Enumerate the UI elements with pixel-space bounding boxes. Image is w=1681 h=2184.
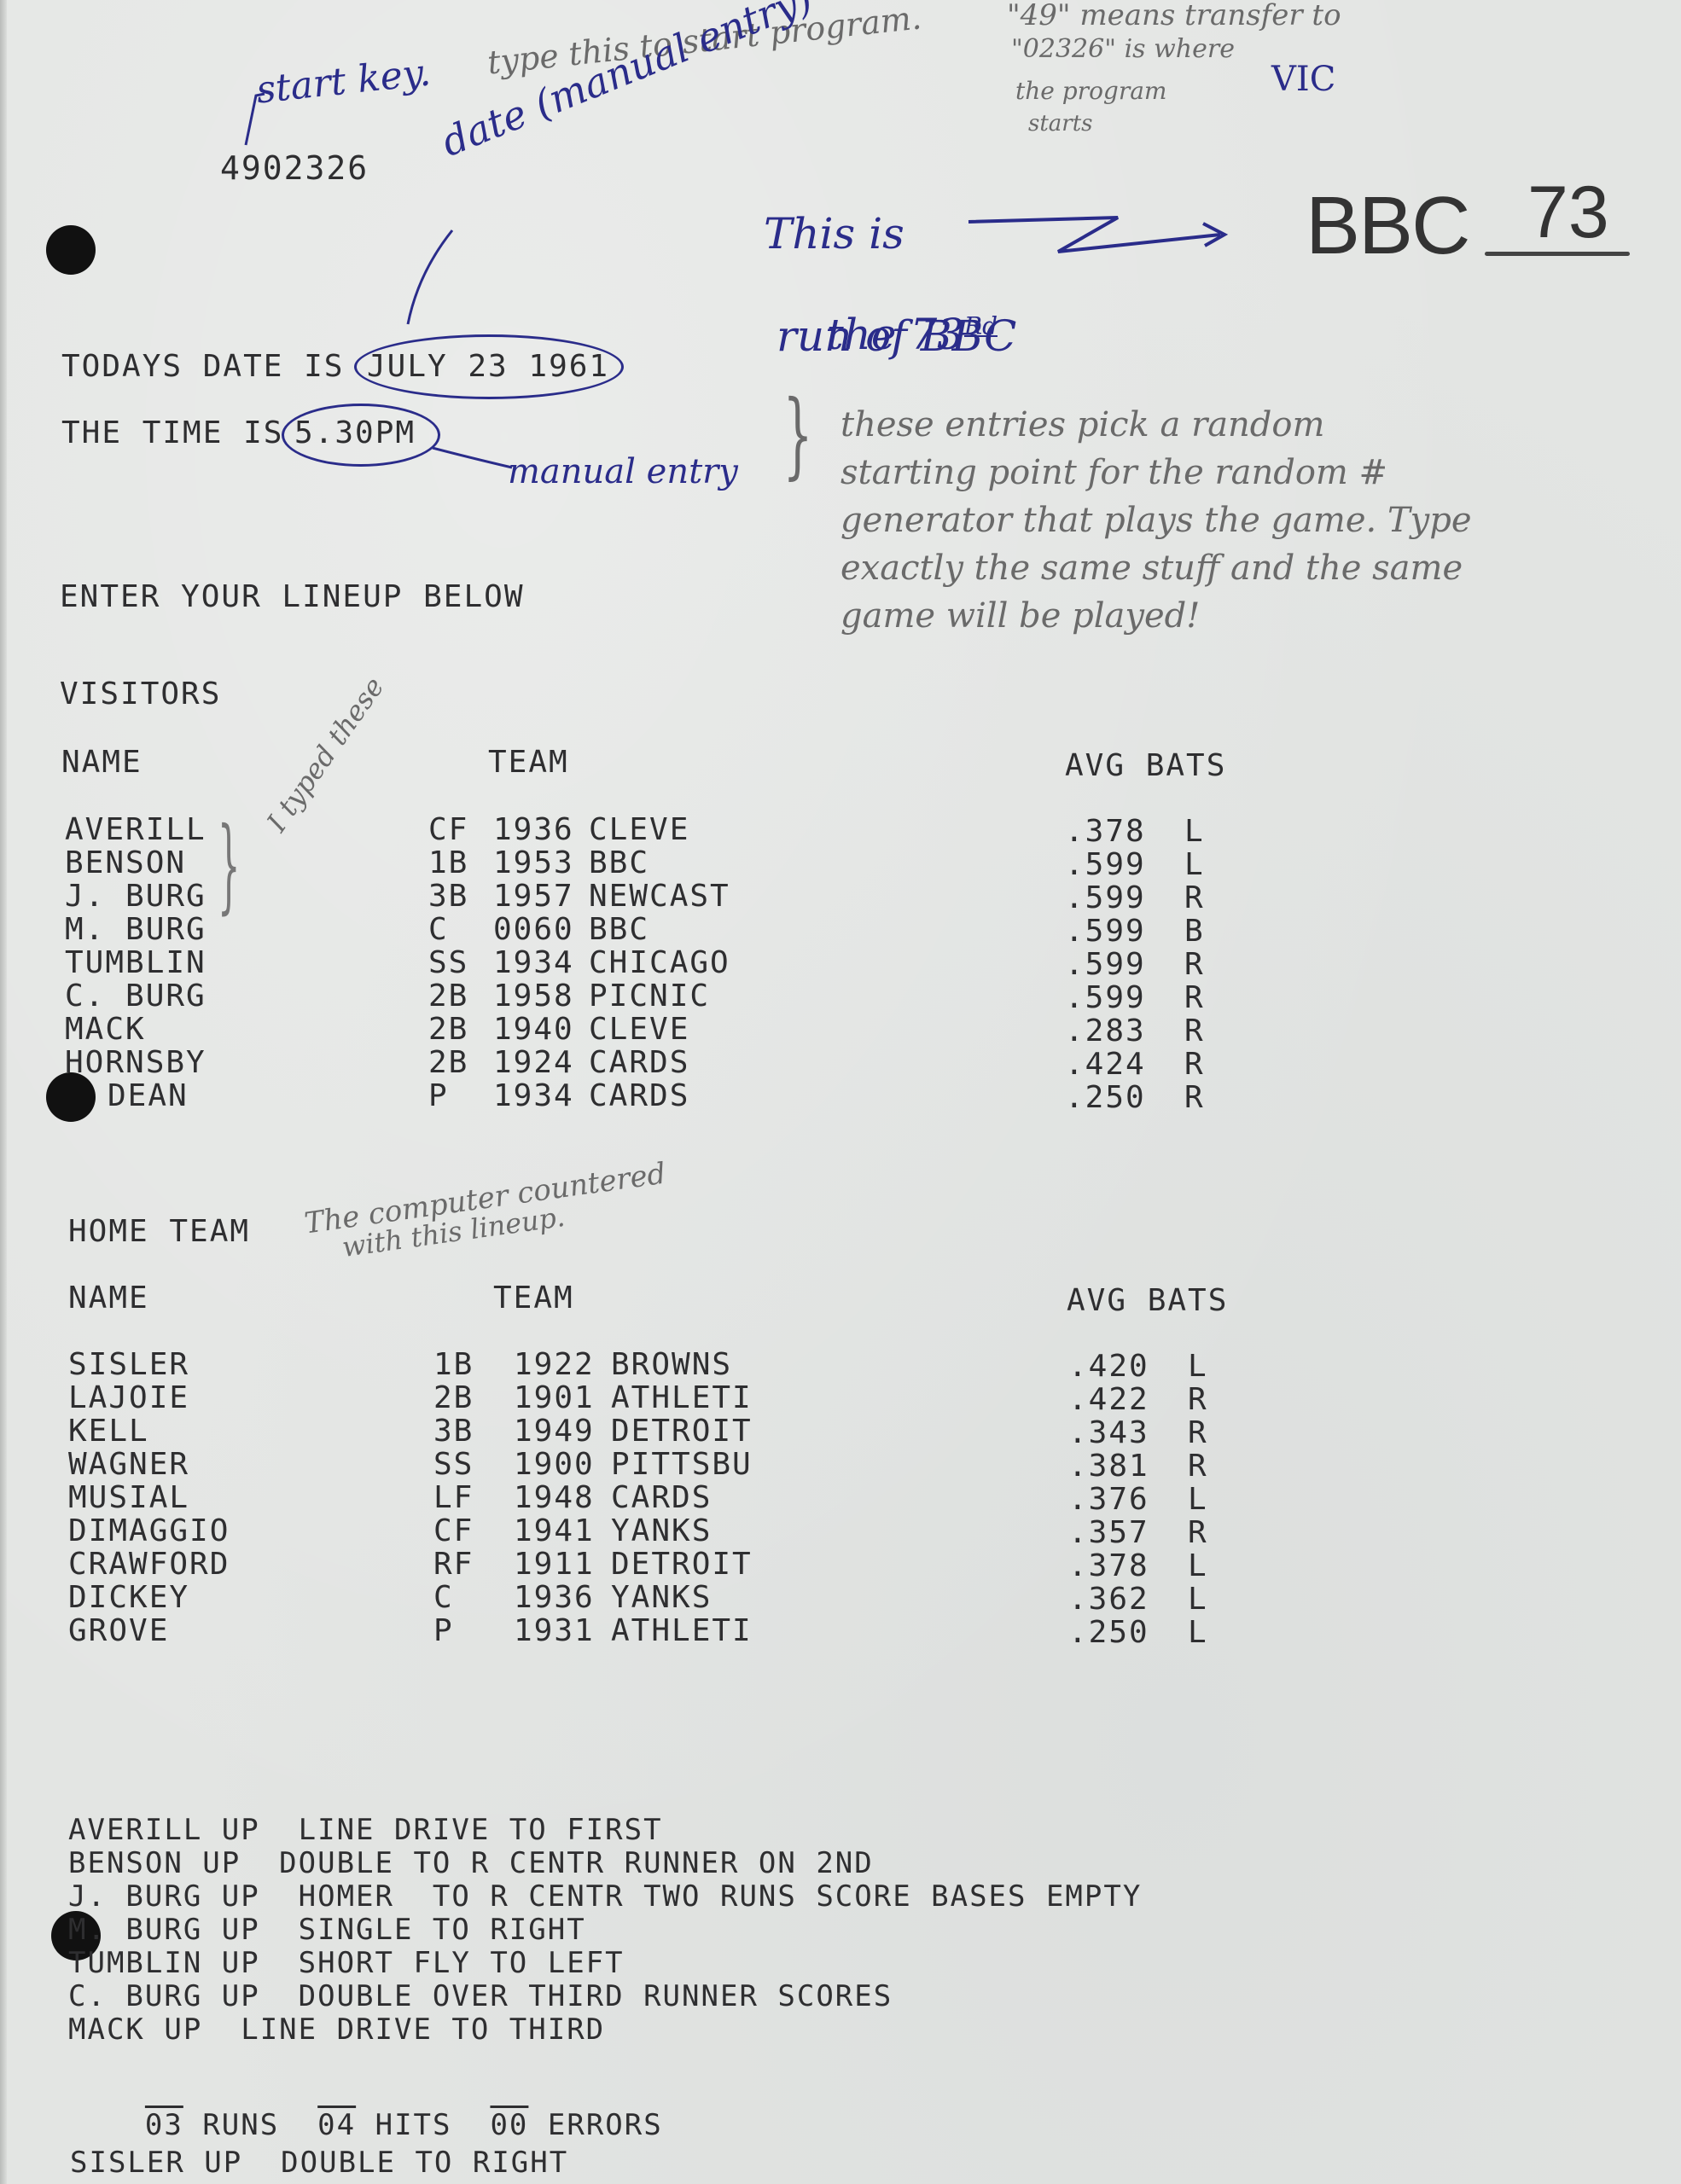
random-note-line: these entries pick a random: [840, 401, 1472, 449]
home-year: 1901: [514, 1381, 595, 1414]
bottom-play-line: SISLER UP DOUBLE TO RIGHT: [70, 2148, 568, 2177]
visitor-bats: L: [1184, 815, 1205, 848]
visitor-avg: .599: [1065, 915, 1146, 948]
play-line: M. BURG UP SINGLE TO RIGHT: [68, 1914, 1142, 1947]
play-by-play: AVERILL UP LINE DRIVE TO FIRST BENSON UP…: [68, 1814, 1142, 2047]
home-avg: .378: [1068, 1549, 1149, 1583]
hits-label: HITS: [375, 2108, 452, 2142]
visitor-bats: B: [1184, 915, 1205, 948]
play-line: BENSON UP DOUBLE TO R CENTR RUNNER ON 2N…: [68, 1847, 1142, 1880]
home-bats-value: R: [1188, 1383, 1208, 1416]
time-circle: [282, 404, 440, 467]
visitors-positions: CF 1B 3B C SS 2B 2B 2B P: [428, 813, 468, 1112]
home-team: BROWNS: [611, 1348, 753, 1381]
home-year: 1911: [514, 1548, 595, 1581]
home-year: 1941: [514, 1514, 595, 1548]
home-team: YANKS: [611, 1581, 753, 1614]
visitors-header-avg-bats: AVG BATS: [1065, 751, 1226, 781]
home-title: HOME TEAM: [68, 1217, 250, 1247]
home-year: 1948: [514, 1481, 595, 1514]
home-pos: P: [433, 1614, 474, 1647]
visitor-name: MACK: [65, 1013, 206, 1046]
visitor-year: 1924: [493, 1046, 574, 1079]
home-pos: LF: [433, 1481, 474, 1514]
home-pos: SS: [433, 1448, 474, 1481]
annotation-run-3: run of BBC: [777, 311, 1016, 361]
time-pointer-icon: [431, 444, 516, 478]
home-bats-value: L: [1188, 1549, 1208, 1583]
pointer-line-icon: [239, 85, 273, 154]
home-teams: BROWNS ATHLETI DETROIT PITTSBU CARDS YAN…: [611, 1348, 753, 1647]
visitor-team: CARDS: [589, 1079, 730, 1112]
home-pos: 1B: [433, 1348, 474, 1381]
play-line: TUMBLIN UP SHORT FLY TO LEFT: [68, 1947, 1142, 1980]
start-key-code: 4902326: [220, 152, 369, 184]
home-bats-value: L: [1188, 1583, 1208, 1616]
play-line: MACK UP LINE DRIVE TO THIRD: [68, 2013, 1142, 2047]
home-bats-value: L: [1188, 1350, 1208, 1383]
printout-page: 4902326 start key. type this to start pr…: [0, 0, 1681, 2184]
visitor-team: NEWCAST: [589, 880, 730, 913]
visitor-pos: CF: [428, 813, 468, 846]
home-years: 1922 1901 1949 1900 1948 1941 1911 1936 …: [514, 1348, 595, 1647]
home-team: YANKS: [611, 1514, 753, 1548]
home-bats-value: L: [1188, 1616, 1208, 1649]
time-label: THE TIME IS: [61, 418, 283, 449]
home-positions: 1B 2B 3B SS LF CF RF C P: [433, 1348, 474, 1647]
visitor-name: J. BURG: [65, 880, 206, 913]
visitor-name: AVERILL: [65, 813, 206, 846]
visitor-name: DEAN: [65, 1079, 206, 1112]
visitor-team: CHICAGO: [589, 946, 730, 979]
visitor-bats: R: [1184, 1014, 1205, 1048]
visitor-year: 1957: [493, 880, 574, 913]
home-year: 1949: [514, 1414, 595, 1448]
home-team: DETROIT: [611, 1414, 753, 1448]
visitor-team: BBC: [589, 913, 730, 946]
home-year: 1922: [514, 1348, 595, 1381]
bbc-run-number: 73: [1527, 171, 1609, 255]
date-circle: [354, 334, 624, 399]
home-name: DIMAGGIO: [68, 1514, 230, 1548]
annotation-date-manual: date (manual entry): [435, 0, 819, 166]
visitor-pos: 1B: [428, 846, 468, 880]
home-bats-value: R: [1188, 1516, 1208, 1549]
visitor-year: 1936: [493, 813, 574, 846]
hits-value: 04: [317, 2108, 356, 2142]
home-name: GROVE: [68, 1614, 230, 1647]
visitor-bats: R: [1184, 948, 1205, 981]
enter-lineup-prompt: ENTER YOUR LINEUP BELOW: [60, 582, 525, 613]
visitor-avg: .599: [1065, 948, 1146, 981]
home-name: SISLER: [68, 1348, 230, 1381]
home-year: 1936: [514, 1581, 595, 1614]
home-avg: .343: [1068, 1416, 1149, 1449]
home-pos: C: [433, 1581, 474, 1614]
visitor-year: 0060: [493, 913, 574, 946]
visitor-avg: .283: [1065, 1014, 1146, 1048]
annotation-transfer-3: the program: [1015, 77, 1166, 105]
visitor-year: 1953: [493, 846, 574, 880]
visitor-pos: 2B: [428, 1046, 468, 1079]
bbc-label: BBC: [1306, 179, 1469, 273]
home-team: ATHLETI: [611, 1381, 753, 1414]
visitors-teams: CLEVE BBC NEWCAST BBC CHICAGO PICNIC CLE…: [589, 813, 730, 1112]
annotation-transfer-4: starts: [1028, 111, 1093, 136]
annotation-vic: VIC: [1271, 60, 1335, 99]
visitor-name: TUMBLIN: [65, 946, 206, 979]
home-avg: .357: [1068, 1516, 1149, 1549]
home-name: LAJOIE: [68, 1381, 230, 1414]
home-avg: .362: [1068, 1583, 1149, 1616]
visitor-pos: 3B: [428, 880, 468, 913]
visitor-avg: .599: [1065, 981, 1146, 1014]
visitor-name: BENSON: [65, 846, 206, 880]
visitor-bats: L: [1184, 848, 1205, 881]
annotation-run-1: This is: [764, 209, 904, 258]
date-label: TODAYS DATE IS: [61, 351, 344, 382]
hole-punch-top: [46, 225, 96, 275]
visitor-year: 1934: [493, 946, 574, 979]
visitors-bats: L L R B R R R R R: [1184, 815, 1205, 1114]
annotation-random-note: these entries pick a random starting poi…: [840, 401, 1472, 640]
visitor-bats: R: [1184, 881, 1205, 915]
visitor-pos: P: [428, 1079, 468, 1112]
visitors-header-team: TEAM: [488, 747, 569, 778]
home-pos: 2B: [433, 1381, 474, 1414]
home-avg: .422: [1068, 1383, 1149, 1416]
home-bats-value: R: [1188, 1449, 1208, 1483]
home-name: MUSIAL: [68, 1481, 230, 1514]
annotation-typed-these: I typed these: [260, 671, 390, 838]
visitor-team: PICNIC: [589, 979, 730, 1013]
home-year: 1900: [514, 1448, 595, 1481]
home-team: CARDS: [611, 1481, 753, 1514]
random-note-line: game will be played!: [840, 592, 1472, 640]
home-avg: .381: [1068, 1449, 1149, 1483]
errors-label: ERRORS: [548, 2108, 663, 2142]
visitor-pos: C: [428, 913, 468, 946]
visitors-title: VISITORS: [60, 679, 221, 710]
home-bats: L R R R L R L L L: [1188, 1350, 1208, 1649]
play-line: C. BURG UP DOUBLE OVER THIRD RUNNER SCOR…: [68, 1980, 1142, 2013]
visitor-team: BBC: [589, 846, 730, 880]
home-name: CRAWFORD: [68, 1548, 230, 1581]
home-header-name: NAME: [68, 1283, 149, 1314]
visitor-name: C. BURG: [65, 979, 206, 1013]
home-header-team: TEAM: [493, 1283, 574, 1314]
date-pointer-icon: [393, 222, 461, 333]
home-team: ATHLETI: [611, 1614, 753, 1647]
home-pos: RF: [433, 1548, 474, 1581]
zigzag-arrow-icon: [964, 205, 1246, 264]
home-pos: CF: [433, 1514, 474, 1548]
home-name: KELL: [68, 1414, 230, 1448]
random-note-line: exactly the same stuff and the same: [840, 544, 1472, 592]
visitor-pos: SS: [428, 946, 468, 979]
visitor-pos: 2B: [428, 1013, 468, 1046]
visitor-bats: R: [1184, 1081, 1205, 1114]
bbc-underline: [1485, 252, 1630, 256]
visitor-bats: R: [1184, 1048, 1205, 1081]
visitor-avg: .599: [1065, 881, 1146, 915]
play-line: J. BURG UP HOMER TO R CENTR TWO RUNS SCO…: [68, 1880, 1142, 1914]
visitor-year: 1934: [493, 1079, 574, 1112]
home-names: SISLER LAJOIE KELL WAGNER MUSIAL DIMAGGI…: [68, 1348, 230, 1647]
visitor-year: 1958: [493, 979, 574, 1013]
annotation-transfer-2: "02326" is where: [1011, 34, 1235, 64]
home-avg: .250: [1068, 1616, 1149, 1649]
annotation-start-key: start key.: [254, 50, 433, 112]
errors-value: 00: [490, 2108, 528, 2142]
home-header-avg-bats: AVG BATS: [1067, 1286, 1228, 1316]
visitor-team: CARDS: [589, 1046, 730, 1079]
random-note-line: starting point for the random #: [840, 449, 1472, 497]
visitor-team: CLEVE: [589, 1013, 730, 1046]
visitors-brace-icon: }: [218, 806, 241, 925]
visitors-header-name: NAME: [61, 747, 143, 778]
visitor-pos: 2B: [428, 979, 468, 1013]
runs-label: RUNS: [202, 2108, 279, 2142]
play-line: AVERILL UP LINE DRIVE TO FIRST: [68, 1814, 1142, 1847]
home-name: WAGNER: [68, 1448, 230, 1481]
visitor-avg: .250: [1065, 1081, 1146, 1114]
visitors-names: AVERILL BENSON J. BURG M. BURG TUMBLIN C…: [65, 813, 206, 1112]
visitor-name: M. BURG: [65, 913, 206, 946]
brace-icon: }: [783, 380, 813, 489]
visitors-years: 1936 1953 1957 0060 1934 1958 1940 1924 …: [493, 813, 574, 1112]
runs-value: 03: [145, 2108, 183, 2142]
home-pos: 3B: [433, 1414, 474, 1448]
annotation-transfer-1: "49" means transfer to: [1007, 0, 1341, 32]
home-team: PITTSBU: [611, 1448, 753, 1481]
home-avg: .420: [1068, 1350, 1149, 1383]
visitor-team: CLEVE: [589, 813, 730, 846]
visitor-avg: .378: [1065, 815, 1146, 848]
random-note-line: generator that plays the game. Type: [840, 497, 1472, 544]
home-avgs: .420 .422 .343 .381 .376 .357 .378 .362 …: [1068, 1350, 1149, 1649]
paper-edge: [0, 0, 7, 2184]
home-name: DICKEY: [68, 1581, 230, 1614]
visitor-avg: .599: [1065, 848, 1146, 881]
visitor-name: HORNSBY: [65, 1046, 206, 1079]
home-year: 1931: [514, 1614, 595, 1647]
home-bats-value: L: [1188, 1483, 1208, 1516]
visitors-avgs: .378 .599 .599 .599 .599 .599 .283 .424 …: [1065, 815, 1146, 1114]
visitor-year: 1940: [493, 1013, 574, 1046]
home-team: DETROIT: [611, 1548, 753, 1581]
visitor-bats: R: [1184, 981, 1205, 1014]
home-avg: .376: [1068, 1483, 1149, 1516]
annotation-time-manual: manual entry: [508, 452, 738, 491]
home-bats-value: R: [1188, 1416, 1208, 1449]
visitor-avg: .424: [1065, 1048, 1146, 1081]
